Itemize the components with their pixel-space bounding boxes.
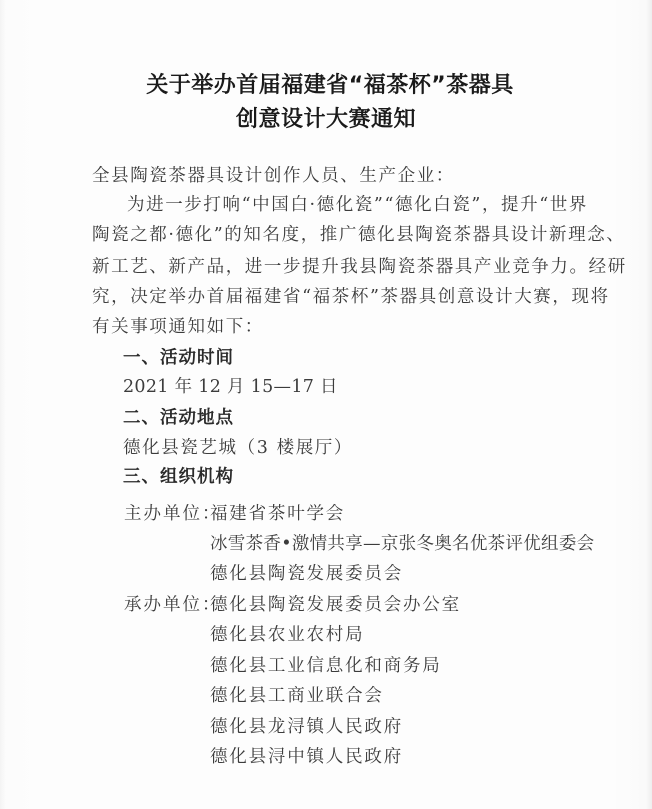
undertaker-item: 德化县陶瓷发展委员会办公室	[210, 594, 461, 616]
undertaker-item: 德化县农业农村局	[210, 624, 364, 646]
section-heading-time: 一、活动时间	[123, 347, 234, 369]
intro-paragraph-line: 究，决定举办首届福建省“福茶杯”茶器具创意设计大赛，现将	[92, 286, 577, 308]
event-date: 2021 年 12 月 15—17 日	[123, 376, 338, 398]
undertaker-item: 德化县工商业联合会	[210, 685, 384, 707]
host-item: 福建省茶叶学会	[210, 503, 345, 525]
intro-paragraph-line: 陶瓷之都·德化”的知名度，推广德化县陶瓷茶器具设计新理念、	[92, 224, 577, 246]
document-title-line-2: 创意设计大赛通知	[0, 102, 652, 133]
section-heading-location: 二、活动地点	[123, 407, 234, 429]
intro-paragraph-line: 为进一步打响“中国白·德化瓷”“德化白瓷”，提升“世界	[127, 194, 612, 216]
host-item: 德化县陶瓷发展委员会	[210, 563, 403, 585]
document-title-line-1: 关于举办首届福建省“福茶杯”茶器具	[4, 68, 652, 99]
undertaker-label: 承办单位：	[124, 594, 222, 616]
intro-paragraph-line: 新工艺、新产品，进一步提升我县陶瓷茶器具产业竞争力。经研	[92, 256, 577, 278]
event-location: 德化县瓷艺城（3 楼展厅）	[123, 437, 353, 459]
section-heading-organization: 三、组织机构	[123, 466, 234, 488]
salutation: 全县陶瓷茶器具设计创作人员、生产企业：	[92, 165, 455, 187]
undertaker-item: 德化县工业信息化和商务局	[210, 655, 442, 677]
intro-paragraph-line: 有关事项通知如下：	[92, 316, 577, 338]
undertaker-item: 德化县浔中镇人民政府	[210, 746, 403, 768]
host-label: 主办单位：	[124, 503, 222, 525]
document-page: 关于举办首届福建省“福茶杯”茶器具 创意设计大赛通知 全县陶瓷茶器具设计创作人员…	[0, 0, 652, 809]
host-item: 冰雪茶香•激情共享—京张冬奥名优茶评优组委会	[210, 533, 594, 555]
undertaker-item: 德化县龙浔镇人民政府	[210, 716, 403, 738]
